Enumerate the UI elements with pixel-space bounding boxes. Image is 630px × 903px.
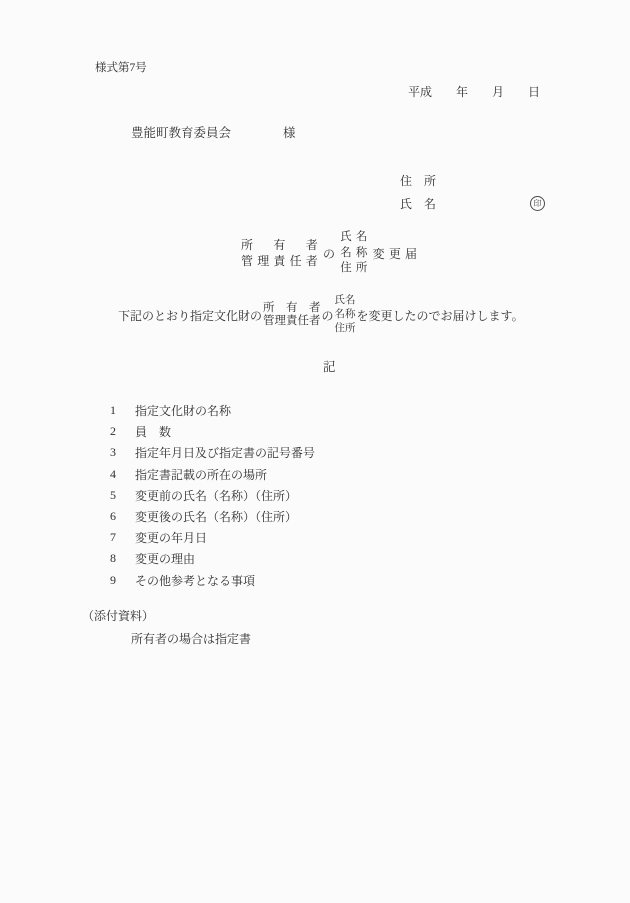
date-line: 平成 年 月 日: [408, 86, 540, 99]
body-name-label: 氏名: [335, 294, 356, 308]
list-item: 6 変更後の氏名（名称）（住所）: [110, 506, 315, 527]
title-owner-label: 所 有 者: [241, 237, 322, 253]
list-item-number: 6: [110, 509, 135, 524]
list-item: 8 変更の理由: [110, 548, 315, 569]
title-subject-stack: 所 有 者 管理責任者: [241, 237, 322, 269]
list-item-text: 変更前の氏名（名称）（住所）: [135, 487, 297, 504]
body-tail: を変更したのでお届けします。: [357, 307, 524, 324]
list-item-number: 1: [110, 403, 135, 418]
list-item-text: 変更後の氏名（名称）（住所）: [135, 508, 297, 525]
attachment-heading: （添付資料）: [82, 610, 154, 623]
list-item-text: その他参考となる事項: [135, 572, 255, 589]
document-title: 所 有 者 管理責任者 の 氏名 名称 住所 変更届: [241, 230, 421, 277]
body-manager-label: 管理責任者: [263, 315, 321, 329]
list-item: 9 その他参考となる事項: [110, 570, 315, 591]
list-item: 3 指定年月日及び指定書の記号番号: [110, 442, 315, 463]
list-item-number: 4: [110, 467, 135, 482]
seal-icon: 印: [530, 196, 545, 211]
body-address-label: 住所: [335, 322, 356, 336]
seal-char: 印: [534, 200, 542, 208]
body-subject-stack: 所 有 者 管理責任者: [263, 302, 321, 329]
list-item: 2 員 数: [110, 421, 315, 442]
title-suffix: 変更届: [373, 245, 422, 262]
body-attribute-stack: 氏名 名称 住所: [335, 294, 356, 336]
body-sentence: 下記のとおり指定文化財の 所 有 者 管理責任者 の 氏名 名称 住所 を変更し…: [118, 294, 524, 336]
list-item-number: 9: [110, 573, 135, 588]
title-name-label: 氏名: [340, 230, 371, 246]
list-item: 1 指定文化財の名称: [110, 400, 315, 421]
body-title-label: 名称: [335, 308, 356, 322]
attachment-note: 所有者の場合は指定書: [131, 633, 251, 646]
list-item-number: 5: [110, 488, 135, 503]
sender-name-line: 氏 名 印: [400, 192, 545, 215]
title-manager-label: 管理責任者: [241, 253, 322, 269]
addressee-name: 豊能町教育委員会: [131, 126, 231, 140]
title-particle: の: [323, 245, 339, 262]
list-item: 4 指定書記載の所在の場所: [110, 464, 315, 485]
list-item: 7 変更の年月日: [110, 527, 315, 548]
list-item-text: 変更の理由: [135, 550, 195, 567]
list-item-number: 2: [110, 424, 135, 439]
title-attribute-stack: 氏名 名称 住所: [340, 230, 371, 277]
body-particle: の: [322, 307, 334, 324]
list-item-number: 7: [110, 530, 135, 545]
body-owner-label: 所 有 者: [263, 302, 321, 316]
list-item-text: 指定文化財の名称: [135, 402, 231, 419]
addressee-line: 豊能町教育委員会様: [131, 127, 296, 141]
title-title-label: 名称: [340, 246, 371, 262]
sender-name-label: 氏 名: [400, 195, 436, 212]
document-page: 様式第7号 平成 年 月 日 豊能町教育委員会様 住 所 氏 名 印 所 有 者…: [0, 0, 630, 903]
addressee-honorific: 様: [283, 126, 296, 140]
list-item-text: 員 数: [135, 423, 171, 440]
sender-block: 住 所 氏 名 印: [400, 169, 545, 215]
sender-address-label: 住 所: [400, 169, 545, 192]
form-number: 様式第7号: [95, 62, 147, 75]
list-item-text: 指定書記載の所在の場所: [135, 466, 267, 483]
items-list: 1 指定文化財の名称 2 員 数 3 指定年月日及び指定書の記号番号 4 指定書…: [110, 400, 315, 591]
list-item-text: 変更の年月日: [135, 529, 207, 546]
body-lead: 下記のとおり指定文化財の: [118, 307, 262, 324]
list-item-text: 指定年月日及び指定書の記号番号: [135, 444, 315, 461]
title-address-label: 住所: [340, 261, 371, 277]
record-heading: 記: [323, 361, 336, 375]
list-item-number: 8: [110, 551, 135, 566]
list-item: 5 変更前の氏名（名称）（住所）: [110, 485, 315, 506]
list-item-number: 3: [110, 445, 135, 460]
